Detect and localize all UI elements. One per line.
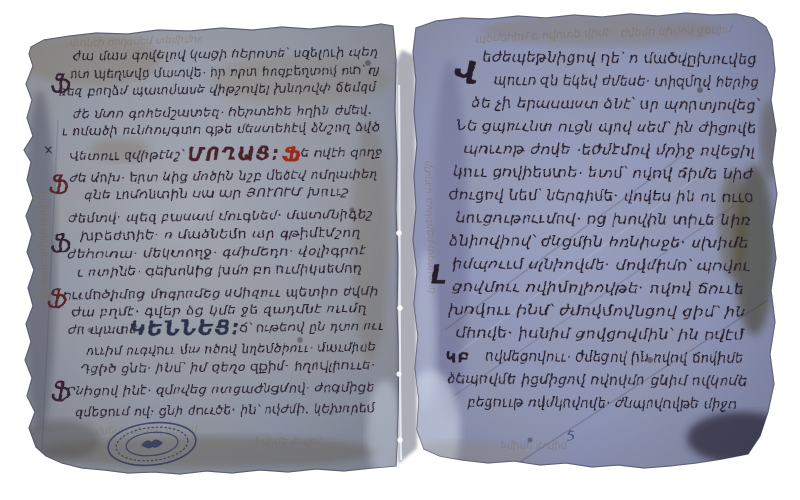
sewing-highlight xyxy=(397,305,403,311)
initial-letter: Ֆ xyxy=(46,283,67,314)
text-line: պոււո զն եկեվ ժմեսե· տիզմով հերից xyxy=(493,72,758,90)
margin-mark: ԿԲ xyxy=(445,350,470,366)
rubric-word: ՄՈՂԱՑ։ xyxy=(187,142,280,165)
initial-letter: Վ xyxy=(453,56,478,91)
folio-number: 5 xyxy=(566,429,574,444)
text-line: ձե չի երասաստ ձնէ՝ սր պորտյովեց՝ xyxy=(471,95,760,114)
text-line: ե ովէհ զողջ xyxy=(301,143,382,159)
sewing-highlight xyxy=(396,230,402,236)
text-line: եժեպեթնիցով ղե՝ ո մածվըխուվեց xyxy=(482,49,757,67)
initial-letter: Ֆ xyxy=(50,228,71,259)
text-line: Վետոււ զվիթէնշ՝ xyxy=(69,146,185,163)
text-line: խովոււ ինմ՝ ժմովմովնցով ցիմ՝ ին xyxy=(446,302,745,321)
manuscript-photo: մտնէի ժողգմեմ տեմիմող խմիմո ցովմեմիող ժի… xyxy=(0,0,800,500)
heading-word: ԿԵՆՆԵՑ։ xyxy=(129,314,240,340)
text-line: ցովմոււ ովիմոլիովթե· ովով ճոււե xyxy=(452,279,744,298)
text-line: ձնիովիով՝ ժնցմին հռնիսջե· սխիմե xyxy=(448,233,748,252)
text-line: բեցոււթ ովմկովովե· ժնպովովթե միջո xyxy=(466,394,737,412)
text-line: պոււոթ ժովե ·եժմէմով մրիջ ովեցիլ xyxy=(463,141,755,160)
initial-letter: Ֆ xyxy=(50,376,71,407)
text-line: ովմեցովոււ· ժմեցով ին ովով ճովիմե xyxy=(485,348,743,366)
initial-letter: Լ xyxy=(430,260,447,290)
text-line: մհովե· իսնիմ ցովցովմին՝ ին ովէմ xyxy=(455,325,745,344)
manuscript-spread: մտնէի ժողգմեմ տեմիմող խմիմո ցովմեմիող ժի… xyxy=(0,0,800,500)
ghost-line: նմիմե ժովիմ xyxy=(500,440,568,451)
right-page: պեմեհիմ ե ովոտե վիմէ ժմեմո նիմով ցեմիմ մ… xyxy=(400,5,797,490)
text-line: Նե ցպոււնտ ուցն պով սեմ՝ ին ժիցովե xyxy=(456,118,756,137)
corner-shade xyxy=(687,412,797,464)
rubric-initial: Ֆ xyxy=(282,142,302,166)
collation-mark: × xyxy=(43,142,54,156)
stain-blotch xyxy=(760,100,780,180)
text-line: կոււ ցովիեստե· ետմ՝ ովով ճիմե նիժ xyxy=(453,164,754,183)
sewing-highlight xyxy=(396,371,401,376)
text-line: իմպոււմ սլնիովմե· մովմիմո՝ պովու xyxy=(451,256,750,275)
sewing-highlight xyxy=(397,437,403,443)
initial-letter: Ֆ xyxy=(50,68,71,99)
initial-letter: Ֆ xyxy=(48,169,69,200)
text-line: ճ՝ ութեով ըն դտո ոււ xyxy=(239,317,383,334)
text-line: ձեպովմե իցմիցով ովովմո ցնիմ ովկոմե xyxy=(447,371,747,390)
text-line: ժուցով նեմ՝ ներգիմե· վովես ին ու ոււօ xyxy=(448,187,753,206)
left-page: մտնէի ժողգմեմ տեմիմող խմիմո ցովմեմիող ժի… xyxy=(20,20,405,480)
corner-shade xyxy=(20,420,100,460)
ghost-line: նմիմե ժովիմ xyxy=(255,436,323,447)
text-line: նուցութոււմով· ոց խովին տիւե նիռ xyxy=(455,210,750,229)
